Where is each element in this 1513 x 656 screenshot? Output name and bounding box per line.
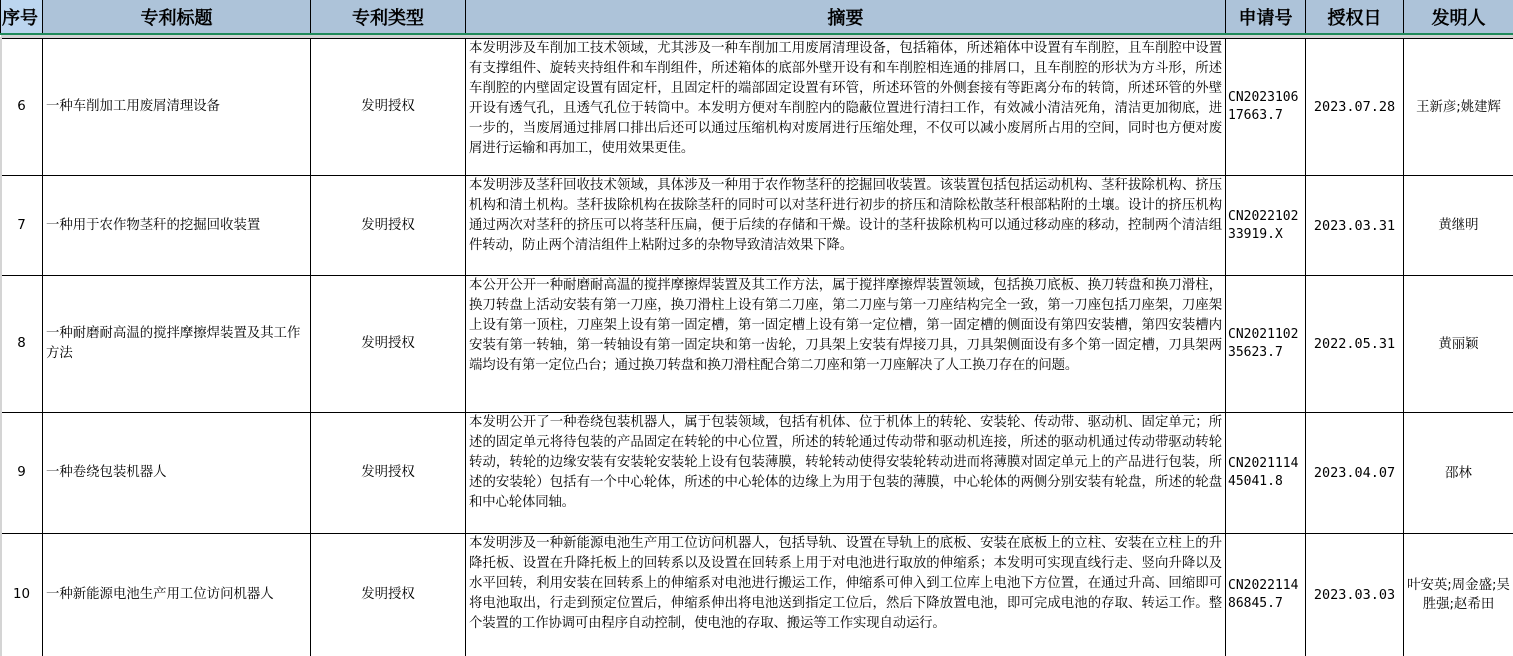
table-row: 8 一种耐磨耐高温的搅拌摩擦焊装置及其工作方法 发明授权 本公开公开一种耐磨耐高…: [1, 276, 1513, 413]
cell-type[interactable]: 发明授权: [311, 276, 466, 413]
cell-title[interactable]: 一种新能源电池生产用工位访问机器人: [43, 534, 311, 656]
left-edge-divider: [0, 37, 2, 656]
cell-grant-date[interactable]: 2023.04.07: [1306, 413, 1404, 534]
cell-type[interactable]: 发明授权: [311, 413, 466, 534]
cell-grant-date[interactable]: 2023.03.03: [1306, 534, 1404, 656]
cell-abstract[interactable]: 本发明涉及茎秆回收技术领域，具体涉及一种用于农作物茎秆的挖掘回收装置。该装置包括…: [466, 176, 1226, 276]
cell-title[interactable]: 一种用于农作物茎秆的挖掘回收装置: [43, 176, 311, 276]
cell-title[interactable]: 一种耐磨耐高温的搅拌摩擦焊装置及其工作方法: [43, 276, 311, 413]
cell-application-no[interactable]: CN202111445041.8: [1226, 413, 1306, 534]
cell-title[interactable]: 一种卷绕包装机器人: [43, 413, 311, 534]
header-grant-date[interactable]: 授权日: [1306, 0, 1404, 34]
cell-index[interactable]: 8: [1, 276, 43, 413]
header-index[interactable]: 序号: [1, 0, 43, 34]
cell-inventors[interactable]: 黄丽颖: [1404, 276, 1513, 413]
cell-abstract[interactable]: 本发明公开了一种卷绕包装机器人，属于包装领域，包括有机体、位于机体上的转轮、安装…: [466, 413, 1226, 534]
table-row: 10 一种新能源电池生产用工位访问机器人 发明授权 本发明涉及一种新能源电池生产…: [1, 534, 1513, 656]
cell-inventors[interactable]: 邵林: [1404, 413, 1513, 534]
cell-grant-date[interactable]: 2022.05.31: [1306, 276, 1404, 413]
table-row: 9 一种卷绕包装机器人 发明授权 本发明公开了一种卷绕包装机器人，属于包装领域，…: [1, 413, 1513, 534]
cell-abstract[interactable]: 本发明涉及一种新能源电池生产用工位访问机器人，包括导轨、设置在导轨上的底板、安装…: [466, 534, 1226, 656]
cell-type[interactable]: 发明授权: [311, 534, 466, 656]
spreadsheet-grid: 序号 专利标题 专利类型 摘要 申请号 授权日 发明人 6 一种车削加工用废屑清…: [0, 0, 1513, 656]
cell-application-no[interactable]: CN202310617663.7: [1226, 39, 1306, 176]
cell-grant-date[interactable]: 2023.07.28: [1306, 39, 1404, 176]
cell-abstract[interactable]: 本发明涉及车削加工技术领域，尤其涉及一种车削加工用废屑清理设备，包括箱体，所述箱…: [466, 39, 1226, 176]
cell-type[interactable]: 发明授权: [311, 176, 466, 276]
cell-type[interactable]: 发明授权: [311, 39, 466, 176]
cell-index[interactable]: 10: [1, 534, 43, 656]
table-row: 7 一种用于农作物茎秆的挖掘回收装置 发明授权 本发明涉及茎秆回收技术领域，具体…: [1, 176, 1513, 276]
header-title[interactable]: 专利标题: [43, 0, 311, 34]
cell-inventors[interactable]: 黄继明: [1404, 176, 1513, 276]
header-row: 序号 专利标题 专利类型 摘要 申请号 授权日 发明人: [1, 0, 1513, 34]
cell-index[interactable]: 9: [1, 413, 43, 534]
cell-inventors[interactable]: 王新彦;姚建辉: [1404, 39, 1513, 176]
header-abstract[interactable]: 摘要: [466, 0, 1226, 34]
cell-abstract[interactable]: 本公开公开一种耐磨耐高温的搅拌摩擦焊装置及其工作方法，属于搅拌摩擦焊装置领域，包…: [466, 276, 1226, 413]
cell-index[interactable]: 7: [1, 176, 43, 276]
patent-table: 序号 专利标题 专利类型 摘要 申请号 授权日 发明人 6 一种车削加工用废屑清…: [0, 0, 1513, 656]
cell-application-no[interactable]: CN202211486845.7: [1226, 534, 1306, 656]
header-type[interactable]: 专利类型: [311, 0, 466, 34]
cell-title[interactable]: 一种车削加工用废屑清理设备: [43, 39, 311, 176]
cell-application-no[interactable]: CN202110235623.7: [1226, 276, 1306, 413]
cell-application-no[interactable]: CN202210233919.X: [1226, 176, 1306, 276]
cell-inventors[interactable]: 叶安英;周金盛;吴胜强;赵希田: [1404, 534, 1513, 656]
cell-index[interactable]: 6: [1, 39, 43, 176]
table-row: 6 一种车削加工用废屑清理设备 发明授权 本发明涉及车削加工技术领域，尤其涉及一…: [1, 39, 1513, 176]
header-application-no[interactable]: 申请号: [1226, 0, 1306, 34]
header-inventors[interactable]: 发明人: [1404, 0, 1513, 34]
cell-grant-date[interactable]: 2023.03.31: [1306, 176, 1404, 276]
